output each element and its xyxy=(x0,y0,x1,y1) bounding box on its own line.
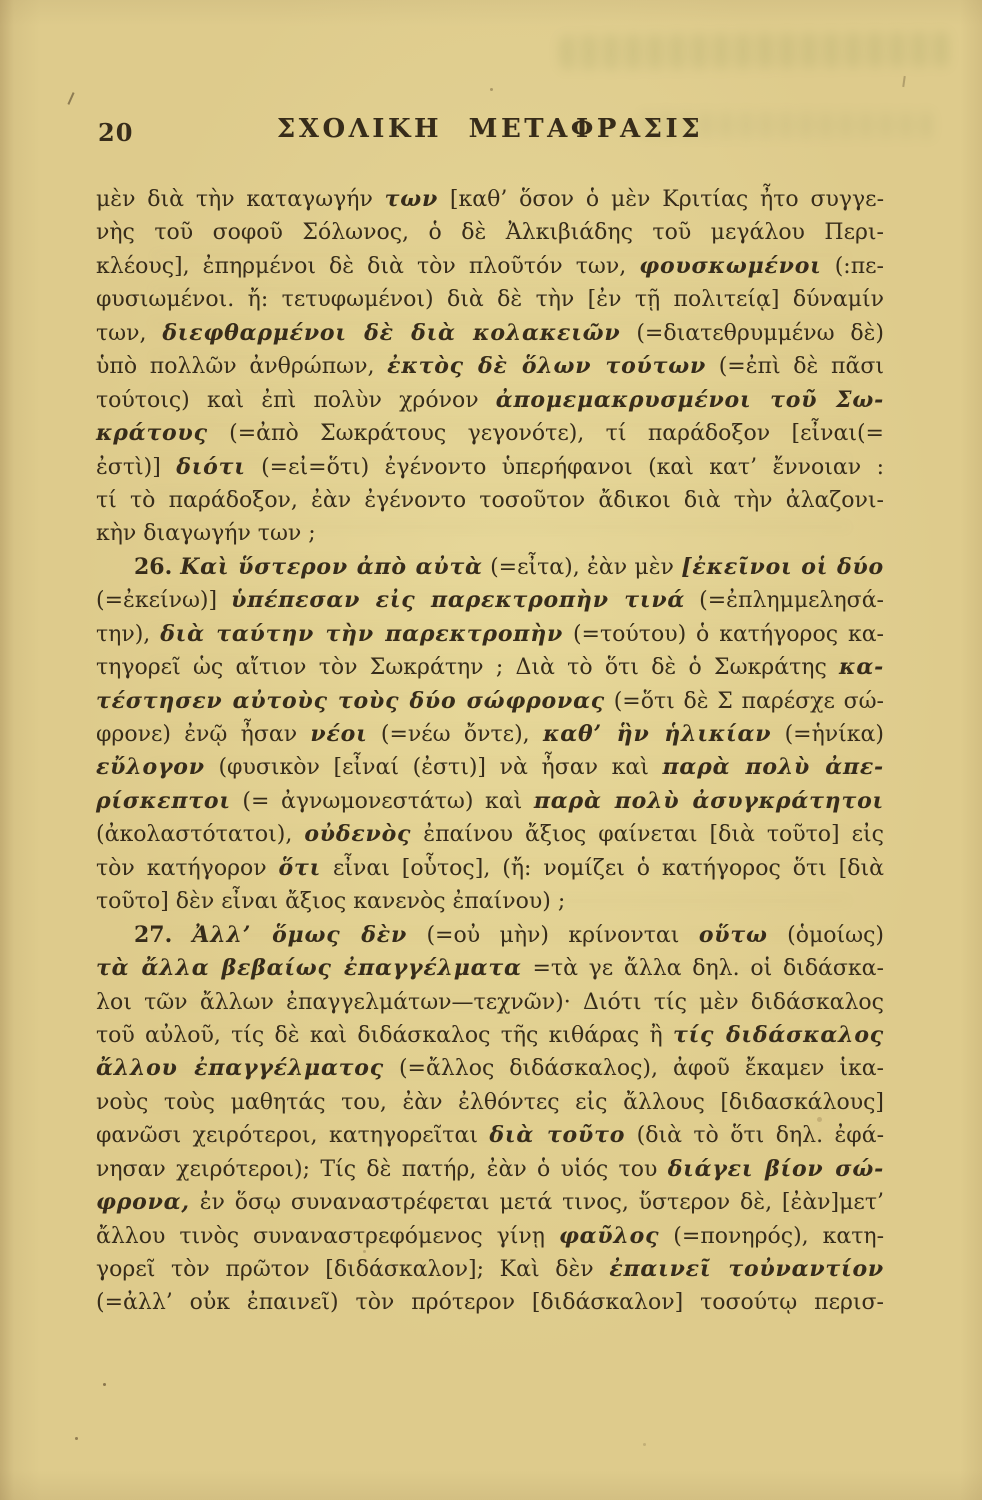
emphasized-text: ὑπέπεσαν εἰς παρεκτροπὴν τινά xyxy=(231,587,685,613)
text-segment: (=οὐ μὴν) κρίνονται xyxy=(407,923,699,948)
scan-artifact xyxy=(67,92,74,105)
emphasized-text: των xyxy=(385,186,438,212)
section-number: 26. xyxy=(134,554,180,580)
text-segment: (= ἀγνωμονεστάτω) καὶ xyxy=(231,789,534,814)
emphasized-text: ρίσκεπτοι xyxy=(96,788,231,814)
text-segment: (=τούτου) ὁ κατήγορος κα- xyxy=(563,622,884,647)
text-segment: ἄλλου τινὸς συναναστρεφόμενος γίνῃ xyxy=(96,1224,559,1249)
emphasized-text: [ἐκεῖνοι οἱ δύο xyxy=(681,554,884,580)
text-segment: ἐστὶ)] xyxy=(96,455,176,480)
emphasized-text: φουσκωμένοι xyxy=(639,253,821,279)
text-line: ρίσκεπτοι (= ἀγνωμονεστάτω) καὶ παρὰ πολ… xyxy=(96,785,884,818)
emphasized-text: τέστησεν αὐτοὺς τοὺς δύο σώφρονας xyxy=(96,688,605,714)
emphasized-text: διεφθαρμένοι δὲ διὰ κολακειῶν xyxy=(162,320,620,346)
emphasized-text: παρὰ πολὺ ἀπε- xyxy=(663,754,884,780)
emphasized-text: εὔλογον xyxy=(96,754,205,780)
emphasized-text: διὰ ταύτην τὴν παρεκτροπὴν xyxy=(160,621,563,647)
text-segment: (=ἄλλος διδάσκαλος), ἀφοῦ ἔκαμεν ἱκα- xyxy=(384,1056,884,1081)
emphasized-text: φαῦλος xyxy=(559,1223,659,1249)
text-line: (ἀκολαστότατοι), οὐδενὸς ἐπαίνου ἄξιος φ… xyxy=(96,818,884,851)
book-page: 20 ΣΧΟΛΙΚΗ ΜΕΤΑΦΡΑΣΙΣ μὲν διὰ τὴν καταγω… xyxy=(0,0,982,1500)
text-line: ὑπὸ πολλῶν ἀνθρώπων, ἐκτὸς δὲ ὅλων τούτω… xyxy=(96,350,884,383)
text-segment: (=εἰ=ὅτι) ἐγένοντο ὑπερήφανοι (καὶ κατ’ … xyxy=(246,455,884,480)
text-line: τοῦτο] δὲν εἶναι ἄξιος κανενὸς ἐπαίνου) … xyxy=(96,885,884,918)
emphasized-text: ἐκτὸς δὲ ὅλων τούτων xyxy=(387,353,706,379)
text-segment: (=πονηρός), κατη- xyxy=(659,1224,884,1249)
text-line: τέστησεν αὐτοὺς τοὺς δύο σώφρονας (=ὅτι … xyxy=(96,685,884,718)
text-line: νὴς τοῦ σοφοῦ Σόλωνος, ὁ δὲ Ἀλκιβιάδης τ… xyxy=(96,216,884,249)
text-segment: νησαν χειρότεροι); Τίς δὲ πατήρ, ἐὰν ὁ υ… xyxy=(96,1157,668,1182)
emphasized-text: διάγει βίον σώ- xyxy=(668,1156,884,1182)
text-line: (=ἀλλ’ οὐκ ἐπαινεῖ) τὸν πρότερον [διδάσκ… xyxy=(96,1286,884,1319)
emphasized-text: κράτους xyxy=(96,420,208,446)
emphasized-text: Καὶ ὕστερον ἀπὸ αὐτὰ xyxy=(180,554,483,580)
text-line: φρονε) ἐνῷ ἦσαν νέοι (=νέω ὄντε), καθ’ ἣ… xyxy=(96,718,884,751)
text-line: ἄλλου ἐπαγγέλματος (=ἄλλος διδάσκαλος), … xyxy=(96,1052,884,1085)
text-segment: ἐν ὅσῳ συναναστρέφεται μετά τινος, ὕστερ… xyxy=(190,1190,884,1215)
emphasized-text: ἀπομεμακρυσμένοι τοῦ Σω- xyxy=(496,387,884,413)
text-segment: =τὰ γε ἄλλα δηλ. οἱ διδάσκα- xyxy=(522,956,884,981)
emphasized-text: οὕτω xyxy=(699,922,768,948)
text-segment: (=ὅτι δὲ Σ παρέσχε σώ- xyxy=(605,689,884,714)
text-line: (=ἐκείνω)] ὑπέπεσαν εἰς παρεκτροπὴν τινά… xyxy=(96,584,884,617)
text-segment: (=ἀπὸ Σωκράτους γεγονότε), τί παράδοξον … xyxy=(208,421,884,446)
text-segment: (=ἐπλημμελησά- xyxy=(685,588,884,613)
paper-speckles xyxy=(103,1383,106,1386)
text-segment: ὑπὸ πολλῶν ἀνθρώπων, xyxy=(96,354,387,379)
text-segment: νὴς τοῦ σοφοῦ Σόλωνος, ὁ δὲ Ἀλκιβιάδης τ… xyxy=(96,220,884,245)
text-segment: των, xyxy=(96,321,162,346)
text-segment: τούτοις) καὶ ἐπὶ πολὺν χρόνον xyxy=(96,388,496,413)
text-line: μὲν διὰ τὴν καταγωγήν των [καθ’ ὅσον ὁ μ… xyxy=(96,183,884,216)
text-line: φυσιωμένοι. ἤ: τετυφωμένοι) διὰ δὲ τὴν [… xyxy=(96,283,884,316)
text-segment: [καθ’ ὅσον ὁ μὲν Κριτίας ἦτο συγγε- xyxy=(438,187,884,212)
emphasized-text: ἐπαινεῖ τοὐναντίον xyxy=(609,1256,884,1282)
text-segment: μὲν διὰ τὴν καταγωγήν xyxy=(96,187,385,212)
text-segment: (=ἀλλ’ οὐκ ἐπαινεῖ) τὸν πρότερον [διδάσκ… xyxy=(96,1290,884,1315)
text-line: τηγορεῖ ὡς αἴτιον τὸν Σωκράτην ; Διὰ τὸ … xyxy=(96,651,884,684)
text-segment: (:πε- xyxy=(822,254,884,279)
emphasized-text: καθ’ ἣν ἡλικίαν xyxy=(543,721,771,747)
text-line: φρονα, ἐν ὅσῳ συναναστρέφεται μετά τινος… xyxy=(96,1186,884,1219)
emphasized-text: τίς διδάσκαλος xyxy=(673,1022,884,1048)
text-line: νησαν χειρότεροι); Τίς δὲ πατήρ, ἐὰν ὁ υ… xyxy=(96,1153,884,1186)
text-line: τί τὸ παράδοξον, ἐὰν ἐγένοντο τοσοῦτον ἄ… xyxy=(96,484,884,517)
text-segment: (=ἐκείνω)] xyxy=(96,588,231,613)
text-segment: κλέους], ἐπηρμένοι δὲ διὰ τὸν πλοῦτόν τω… xyxy=(96,254,639,279)
text-line: 27. Ἀλλ’ ὅμως δὲν (=οὐ μὴν) κρίνονται οὕ… xyxy=(96,919,884,952)
scan-artifact xyxy=(902,76,906,87)
text-line: κὴν διαγωγήν των ; xyxy=(96,517,884,550)
text-segment: εἶναι [οὗτος], (ἤ: νομίζει ὁ κατήγορος ὅ… xyxy=(321,856,884,881)
emphasized-text: κα- xyxy=(839,654,884,680)
text-segment: (φυσικὸν [εἶναί (ἐστι)] νὰ ἦσαν καὶ xyxy=(205,755,663,780)
emphasized-text: διότι xyxy=(176,454,245,480)
text-line: 26. Καὶ ὕστερον ἀπὸ αὐτὰ (=εἶτα), ἐὰν μὲ… xyxy=(96,551,884,584)
text-segment: (=εἶτα), ἐὰν μὲν xyxy=(483,555,681,580)
text-line: τούτοις) καὶ ἐπὶ πολὺν χρόνον ἀπομεμακρυ… xyxy=(96,384,884,417)
emphasized-text: φρονα, xyxy=(96,1189,190,1215)
text-segment: τοῦτο] δὲν εἶναι ἄξιος κανενὸς ἐπαίνου) … xyxy=(96,889,565,914)
text-line: τοῦ αὐλοῦ, τίς δὲ καὶ διδάσκαλος τῆς κιθ… xyxy=(96,1019,884,1052)
text-segment: (=διατεθρυμμένω δὲ) xyxy=(621,321,885,346)
text-segment: τοῦ αὐλοῦ, τίς δὲ καὶ διδάσκαλος τῆς κιθ… xyxy=(96,1023,673,1048)
emphasized-text: Ἀλλ’ ὅμως δὲν xyxy=(192,922,407,948)
text-segment: την), xyxy=(96,622,160,647)
emphasized-text: νέοι xyxy=(310,721,367,747)
text-line: την), διὰ ταύτην τὴν παρεκτροπὴν (=τούτο… xyxy=(96,618,884,651)
text-segment: (ὁμοίως) xyxy=(768,923,884,948)
emphasized-text: τὰ ἄλλα βεβαίως ἐπαγγέλματα xyxy=(96,955,522,981)
text-line: ἄλλου τινὸς συναναστρεφόμενος γίνῃ φαῦλο… xyxy=(96,1220,884,1253)
running-title: ΣΧΟΛΙΚΗ ΜΕΤΑΦΡΑΣΙΣ xyxy=(96,114,884,144)
text-segment: (=ἐπὶ δὲ πᾶσι xyxy=(706,354,884,379)
text-segment: τί τὸ παράδοξον, ἐὰν ἐγένοντο τοσοῦτον ἄ… xyxy=(96,488,884,513)
text-segment: (ἀκολαστότατοι), xyxy=(96,822,304,847)
text-segment: κὴν διαγωγήν των ; xyxy=(96,521,316,546)
emphasized-text: οὐδενὸς xyxy=(304,821,411,847)
body-text: μὲν διὰ τὴν καταγωγήν των [καθ’ ὅσον ὁ μ… xyxy=(96,183,884,1320)
text-segment: νοὺς τοὺς μαθητάς του, ἐὰν ἐλθόντες εἰς … xyxy=(96,1090,884,1115)
text-segment: (=νέω ὄντε), xyxy=(368,722,543,747)
text-line: τὸν κατήγορον ὅτι εἶναι [οὗτος], (ἤ: νομ… xyxy=(96,852,884,885)
text-line: τὰ ἄλλα βεβαίως ἐπαγγέλματα =τὰ γε ἄλλα … xyxy=(96,952,884,985)
text-line: λοι τῶν ἄλλων ἐπαγγελμάτων—τεχνῶν)· Διότ… xyxy=(96,986,884,1019)
text-segment: φανῶσι χειρότεροι, κατηγορεῖται xyxy=(96,1123,489,1148)
text-line: κλέους], ἐπηρμένοι δὲ διὰ τὸν πλοῦτόν τω… xyxy=(96,250,884,283)
text-line: εὔλογον (φυσικὸν [εἶναί (ἐστι)] νὰ ἦσαν … xyxy=(96,751,884,784)
text-line: νοὺς τοὺς μαθητάς του, ἐὰν ἐλθόντες εἰς … xyxy=(96,1086,884,1119)
section-number: 27. xyxy=(134,922,192,948)
text-line: ἐστὶ)] διότι (=εἰ=ὅτι) ἐγένοντο ὑπερήφαν… xyxy=(96,451,884,484)
text-segment: τὸν κατήγορον xyxy=(96,856,279,881)
show-through-stain xyxy=(560,32,950,69)
text-segment: ἐπαίνου ἄξιος φαίνεται [διὰ τοῦτο] εἰς xyxy=(411,822,884,847)
text-segment: (=ἡνίκα) xyxy=(771,722,884,747)
text-line: φανῶσι χειρότεροι, κατηγορεῖται διὰ τοῦτ… xyxy=(96,1119,884,1152)
text-segment: φρονε) ἐνῷ ἦσαν xyxy=(96,722,310,747)
page-header: 20 ΣΧΟΛΙΚΗ ΜΕΤΑΦΡΑΣΙΣ xyxy=(96,114,884,150)
emphasized-text: παρὰ πολὺ ἀσυγκράτητοι xyxy=(534,788,884,814)
text-segment: (διὰ τὸ ὅτι δηλ. ἐφά- xyxy=(625,1123,884,1148)
emphasized-text: ἄλλου ἐπαγγέλματος xyxy=(96,1055,384,1081)
text-line: των, διεφθαρμένοι δὲ διὰ κολακειῶν (=δια… xyxy=(96,317,884,350)
text-line: γορεῖ τὸν πρῶτον [διδάσκαλον]; Καὶ δὲν ἐ… xyxy=(96,1253,884,1286)
emphasized-text: ὅτι xyxy=(279,855,322,881)
text-segment: τηγορεῖ ὡς αἴτιον τὸν Σωκράτην ; Διὰ τὸ … xyxy=(96,655,839,680)
text-segment: φυσιωμένοι. ἤ: τετυφωμένοι) διὰ δὲ τὴν [… xyxy=(96,287,884,312)
text-line: κράτους (=ἀπὸ Σωκράτους γεγονότε), τί πα… xyxy=(96,417,884,450)
text-segment: λοι τῶν ἄλλων ἐπαγγελμάτων—τεχνῶν)· Διότ… xyxy=(96,990,884,1015)
text-segment: γορεῖ τὸν πρῶτον [διδάσκαλον]; Καὶ δὲν xyxy=(96,1257,609,1282)
emphasized-text: διὰ τοῦτο xyxy=(489,1122,625,1148)
